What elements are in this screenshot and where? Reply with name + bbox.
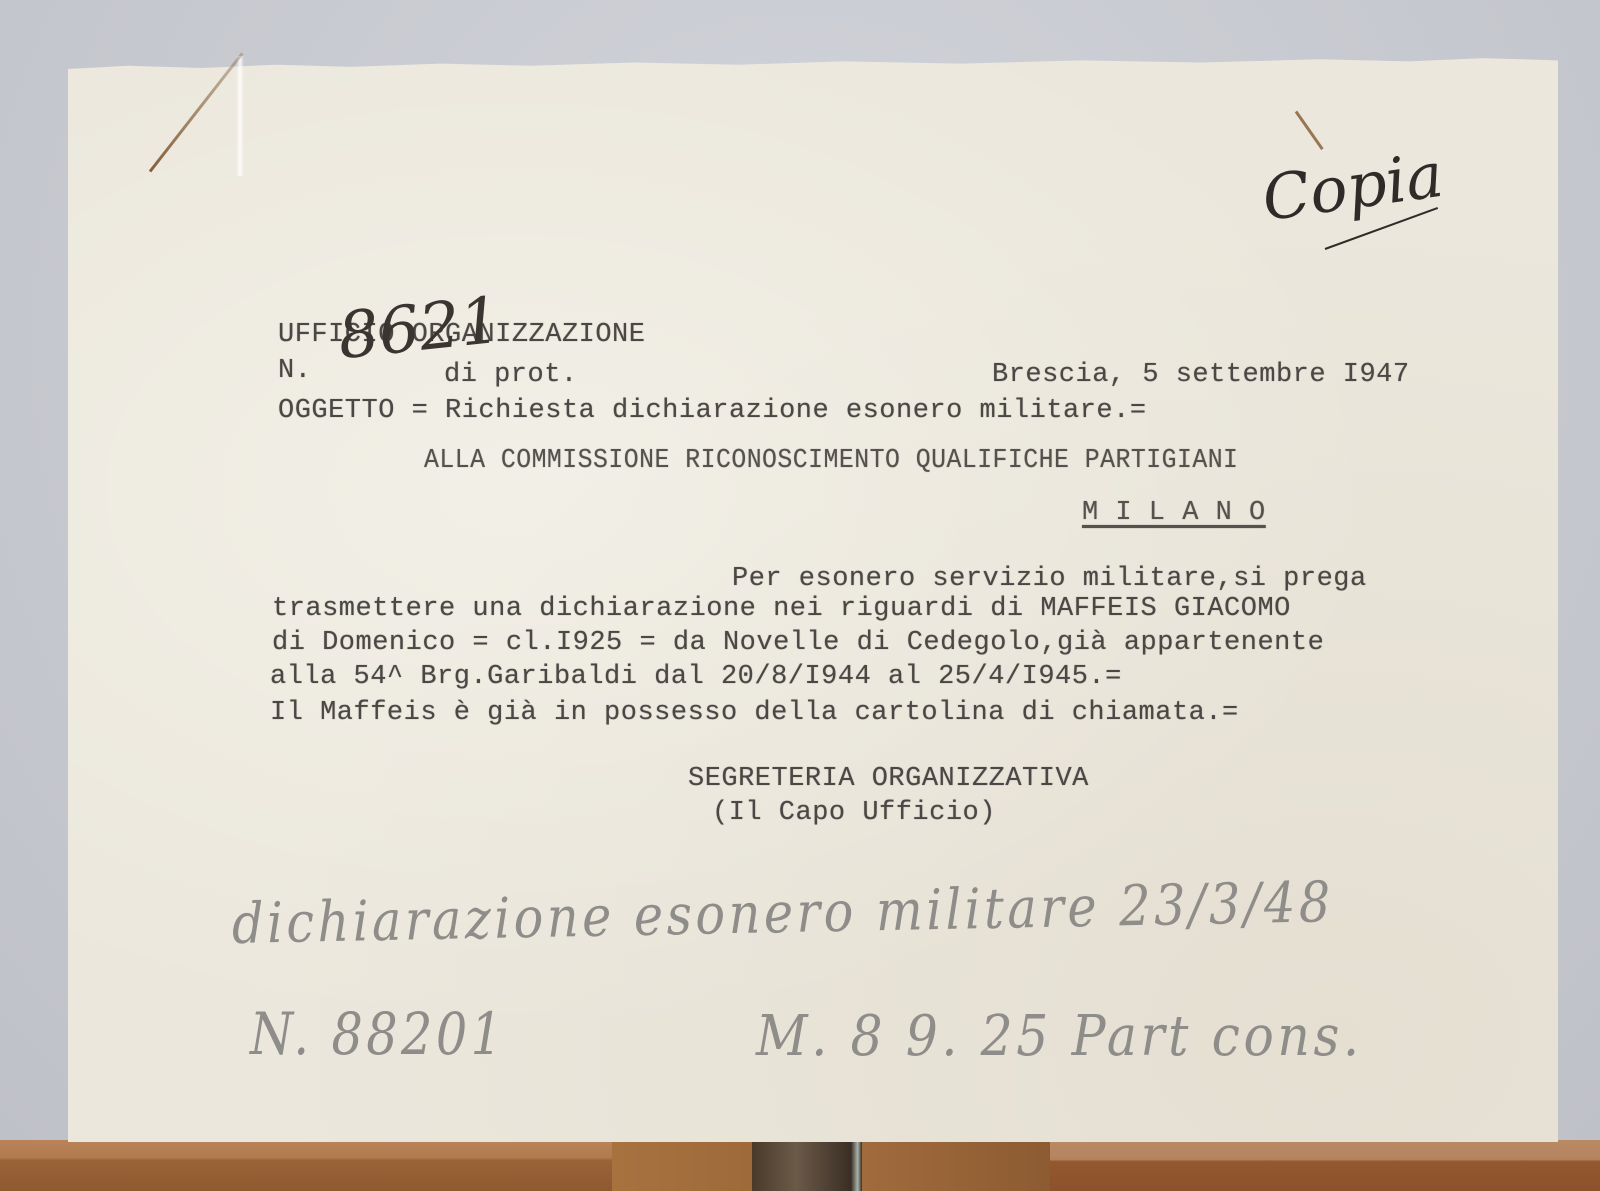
body-line-5: Il Maffeis è già in possesso della carto… (270, 700, 1239, 727)
subject-line: OGGETTO = Richiesta dichiarazione esoner… (278, 398, 1147, 425)
signature-title: (Il Capo Ufficio) (712, 800, 996, 827)
shelf-post (752, 1140, 862, 1191)
body-line-3: di Domenico = cl.I925 = da Novelle di Ce… (272, 630, 1324, 657)
shelf-right-board (1050, 1140, 1600, 1191)
paper-crease (236, 56, 244, 176)
signature-office: SEGRETERIA ORGANIZZATIVA (688, 766, 1089, 793)
body-line-1: Per esonero servizio militare,si prega (732, 566, 1367, 593)
place-date: Brescia, 5 settembre I947 (992, 362, 1410, 389)
body-line-4: alla 54^ Brg.Garibaldi dal 20/8/I944 al … (270, 664, 1122, 691)
shelf-gap (612, 1140, 752, 1191)
shelf-middle-board (862, 1140, 1050, 1191)
pencil-note-number: N. 88201 (250, 1000, 505, 1068)
protocol-suffix: di prot. (444, 362, 578, 389)
pencil-note-reference: M. 8 9. 25 Part cons. (756, 1004, 1363, 1069)
recipient-commission: ALLA COMMISSIONE RICONOSCIMENTO QUALIFIC… (424, 448, 1238, 475)
shelf-left-board (0, 1140, 612, 1191)
body-line-2: trasmettere una dichiarazione nei riguar… (272, 596, 1291, 623)
protocol-prefix: N. (278, 358, 311, 385)
recipient-city: M I L A N O (1082, 500, 1266, 527)
